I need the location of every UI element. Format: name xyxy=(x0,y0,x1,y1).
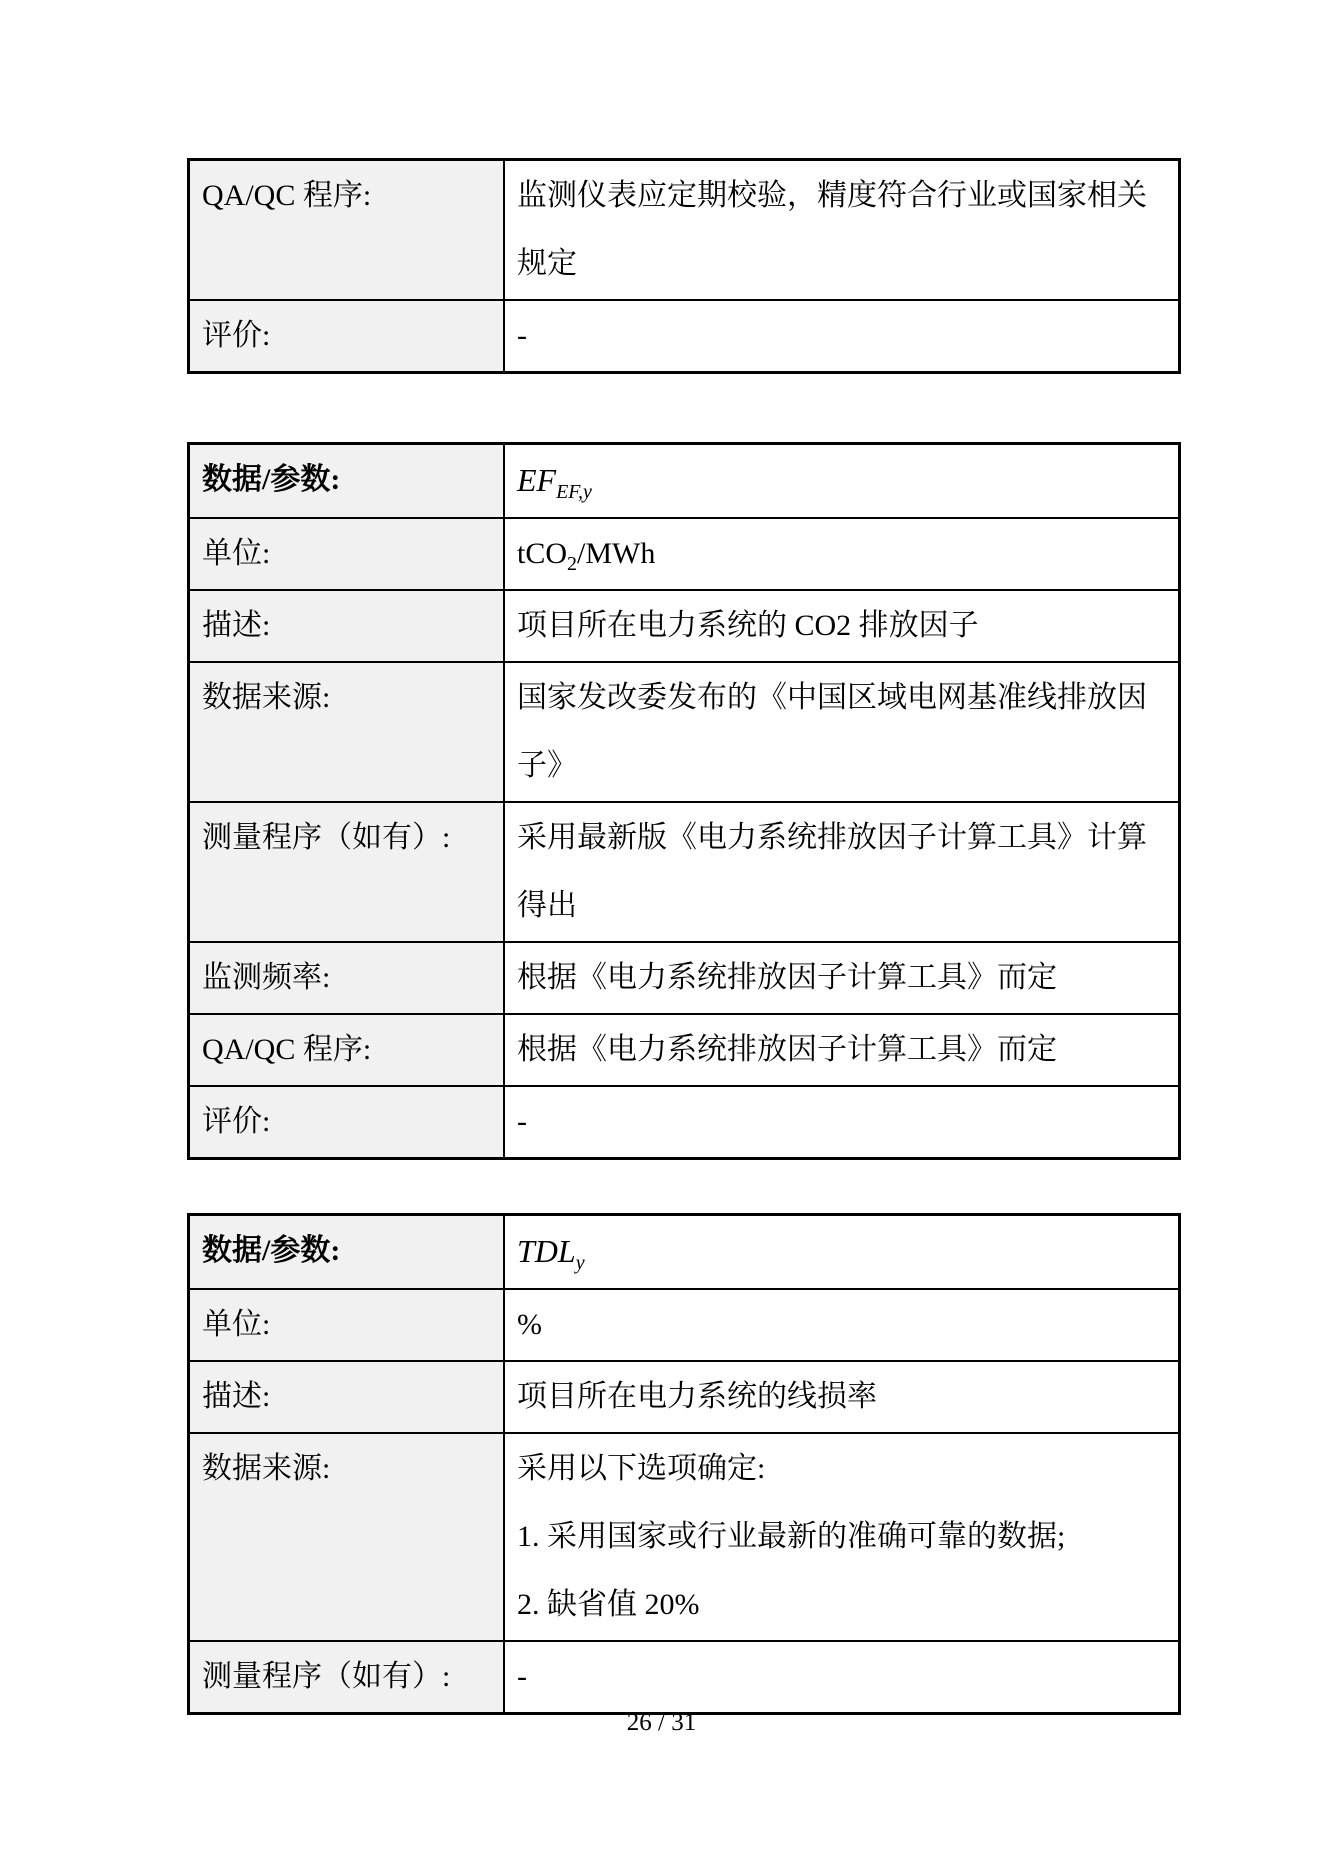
parameter-symbol: EF xyxy=(517,462,556,498)
row-label-data-source: 数据来源: xyxy=(189,662,505,802)
row-label-qaqc: QA/QC 程序: xyxy=(189,160,505,301)
page-number: 26 / 31 xyxy=(0,1706,1323,1740)
unit-text: /MWh xyxy=(577,537,655,570)
value-line: 采用以下选项确定: xyxy=(517,1435,1170,1503)
table-row: 测量程序（如有）: - xyxy=(189,1641,1180,1714)
row-value-unit: tCO2/MWh xyxy=(504,518,1180,590)
row-value-description: 项目所在电力系统的 CO2 排放因子 xyxy=(504,590,1180,662)
row-label-measurement-procedure: 测量程序（如有）: xyxy=(189,802,505,942)
row-value-data-source: 国家发改委发布的《中国区域电网基准线排放因子》 xyxy=(504,662,1180,802)
table-row: 评价: - xyxy=(189,1086,1180,1159)
parameter-subscript: y xyxy=(576,1252,585,1274)
row-label-unit: 单位: xyxy=(189,1289,505,1361)
table-row: 单位: tCO2/MWh xyxy=(189,518,1180,590)
ef-parameter-table: 数据/参数: EFEF,y 单位: tCO2/MWh 描述: 项目所在电力系统的… xyxy=(187,442,1181,1160)
table-row: 测量程序（如有）: 采用最新版《电力系统排放因子计算工具》计算得出 xyxy=(189,802,1180,942)
document-page: QA/QC 程序: 监测仪表应定期校验，精度符合行业或国家相关规定 评价: - … xyxy=(0,0,1323,1871)
table-row: 描述: 项目所在电力系统的 CO2 排放因子 xyxy=(189,590,1180,662)
row-label-description: 描述: xyxy=(189,590,505,662)
row-value-evaluation: - xyxy=(504,1086,1180,1159)
row-value-qaqc: 监测仪表应定期校验，精度符合行业或国家相关规定 xyxy=(504,160,1180,301)
parameter-symbol: TDL xyxy=(517,1233,576,1269)
row-value-monitoring-frequency: 根据《电力系统排放因子计算工具》而定 xyxy=(504,942,1180,1014)
table-row: 单位: % xyxy=(189,1289,1180,1361)
table-row: 数据来源: 采用以下选项确定: 1. 采用国家或行业最新的准确可靠的数据; 2.… xyxy=(189,1433,1180,1641)
table-row: 描述: 项目所在电力系统的线损率 xyxy=(189,1361,1180,1433)
table-row: QA/QC 程序: 监测仪表应定期校验，精度符合行业或国家相关规定 xyxy=(189,160,1180,301)
table-row: QA/QC 程序: 根据《电力系统排放因子计算工具》而定 xyxy=(189,1014,1180,1086)
row-value-description: 项目所在电力系统的线损率 xyxy=(504,1361,1180,1433)
value-line: 2. 缺省值 20% xyxy=(517,1571,1170,1639)
row-label-monitoring-frequency: 监测频率: xyxy=(189,942,505,1014)
row-label-unit: 单位: xyxy=(189,518,505,590)
row-label-data-source: 数据来源: xyxy=(189,1433,505,1641)
table-row: 评价: - xyxy=(189,300,1180,373)
qa-qc-table: QA/QC 程序: 监测仪表应定期校验，精度符合行业或国家相关规定 评价: - xyxy=(187,158,1181,374)
row-value-data-source: 采用以下选项确定: 1. 采用国家或行业最新的准确可靠的数据; 2. 缺省值 2… xyxy=(504,1433,1180,1641)
row-label-parameter: 数据/参数: xyxy=(189,1215,505,1290)
parameter-subscript: EF,y xyxy=(556,481,592,503)
table-header-row: 数据/参数: EFEF,y xyxy=(189,444,1180,519)
value-line: 1. 采用国家或行业最新的准确可靠的数据; xyxy=(517,1503,1170,1571)
unit-text: tCO xyxy=(517,537,567,570)
row-value-parameter: TDLy xyxy=(504,1215,1180,1290)
row-label-parameter: 数据/参数: xyxy=(189,444,505,519)
row-label-evaluation: 评价: xyxy=(189,1086,505,1159)
row-value-unit: % xyxy=(504,1289,1180,1361)
row-label-qaqc: QA/QC 程序: xyxy=(189,1014,505,1086)
row-label-evaluation: 评价: xyxy=(189,300,505,373)
row-value-parameter: EFEF,y xyxy=(504,444,1180,519)
row-label-description: 描述: xyxy=(189,1361,505,1433)
row-value-measurement-procedure: - xyxy=(504,1641,1180,1714)
table-row: 监测频率: 根据《电力系统排放因子计算工具》而定 xyxy=(189,942,1180,1014)
tdl-parameter-table: 数据/参数: TDLy 单位: % 描述: 项目所在电力系统的线损率 数据来源:… xyxy=(187,1213,1181,1715)
row-label-measurement-procedure: 测量程序（如有）: xyxy=(189,1641,505,1714)
row-value-qaqc: 根据《电力系统排放因子计算工具》而定 xyxy=(504,1014,1180,1086)
unit-subscript: 2 xyxy=(567,553,577,575)
row-value-evaluation: - xyxy=(504,300,1180,373)
row-value-measurement-procedure: 采用最新版《电力系统排放因子计算工具》计算得出 xyxy=(504,802,1180,942)
table-header-row: 数据/参数: TDLy xyxy=(189,1215,1180,1290)
table-row: 数据来源: 国家发改委发布的《中国区域电网基准线排放因子》 xyxy=(189,662,1180,802)
